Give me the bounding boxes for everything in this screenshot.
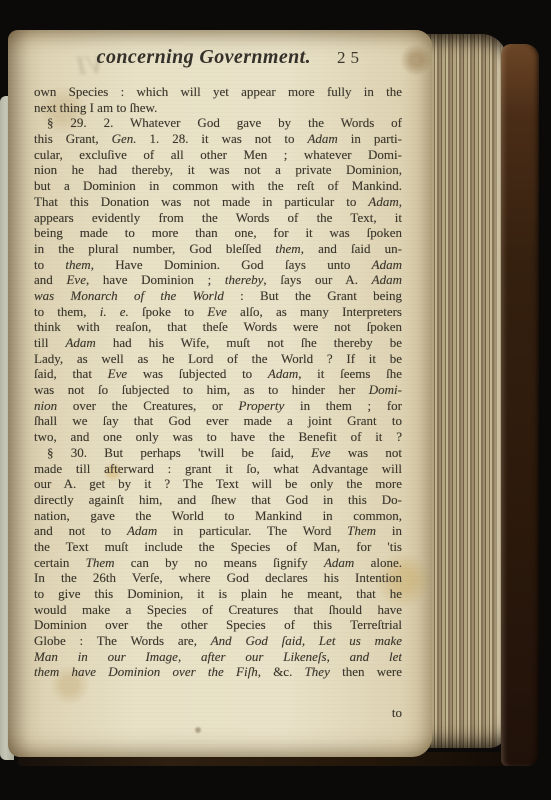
text-block: own Species : which will yet appear more… xyxy=(34,84,402,680)
text-line: made till afterward : grant it ſo, what … xyxy=(34,461,402,477)
text-line: this Grant, Gen. 1. 28. it was not to Ad… xyxy=(34,131,402,147)
text-line: being made to more than one, for it was … xyxy=(34,225,402,241)
text-line: to give this Dominion, it is plain he me… xyxy=(34,586,402,602)
running-title: concerning Government. xyxy=(97,46,311,69)
catchword: to xyxy=(34,705,402,721)
text-line: think with reaſon, that theſe Words were… xyxy=(34,319,402,335)
text-line: to them, i. e. ſpoke to Eve alſo, as man… xyxy=(34,304,402,320)
text-line: § 29. 2. Whatever God gave by the Words … xyxy=(34,115,402,131)
text-line: certain Them can by no means ſignify Ada… xyxy=(34,555,402,571)
text-line: the Text muſt include the Species of Man… xyxy=(34,539,402,555)
text-line: but a Dominion in common with the reſt o… xyxy=(34,178,402,194)
text-line: to them, Have Dominion. God ſays unto Ad… xyxy=(34,257,402,273)
text-line: ſaid, that Eve was ſubjected to Adam, it… xyxy=(34,366,402,382)
text-line: two, and one only was to have the Benefi… xyxy=(34,429,402,445)
text-line: § 30. But perhaps 'twill be ſaid, Eve wa… xyxy=(34,445,402,461)
text-line: nion over the Creatures, or Property in … xyxy=(34,398,402,414)
text-line: was not ſo ſubjected to him, as to hinde… xyxy=(34,382,402,398)
text-line: directly againſt him, and ſhew that God … xyxy=(34,492,402,508)
text-line: Dominion over the other Species of this … xyxy=(34,617,402,633)
text-line: nation, gave the World to Mankind in com… xyxy=(34,508,402,524)
text-line: That this Donation was not made in parti… xyxy=(34,194,402,210)
page-number: 25 xyxy=(337,48,364,68)
text-line: Man in our Image, after our Likeneſs, an… xyxy=(34,649,402,665)
book-cover-edge xyxy=(501,44,539,766)
text-line: Lady, as well as he Lord of the World ? … xyxy=(34,351,402,367)
text-line: till Adam had his Wife, muſt not ſhe the… xyxy=(34,335,402,351)
text-line: cular, excluſive of all other Men ; what… xyxy=(34,147,402,163)
text-line: them have Dominion over the Fiſh, &c. Th… xyxy=(34,664,402,680)
book-page: VI concerning Government. 25 own Species… xyxy=(8,30,432,757)
text-line: next thing I am to ſhew. xyxy=(34,100,402,116)
text-line: own Species : which will yet appear more… xyxy=(34,84,402,100)
text-line: our A. get by it ? The Text will be only… xyxy=(34,476,402,492)
text-line: and not to Adam in particular. The Word … xyxy=(34,523,402,539)
text-line: and Eve, have Dominion ; thereby, ſays o… xyxy=(34,272,402,288)
text-line: ſhall we ſay that God ever made a joint … xyxy=(34,413,402,429)
text-line: in the plural number, God bleſſed them, … xyxy=(34,241,402,257)
book-scan: VI concerning Government. 25 own Species… xyxy=(0,0,551,800)
text-line: Globe : The Words are, And God ſaid, Let… xyxy=(34,633,402,649)
text-line: would make a Species of Creatures that ſ… xyxy=(34,602,402,618)
text-line: was Monarch of the World : But the Grant… xyxy=(34,288,402,304)
running-head: concerning Government. 25 xyxy=(34,46,408,76)
text-line: nion he had thereby, it was not a privat… xyxy=(34,162,402,178)
text-line: appears evidently from the Words of the … xyxy=(34,210,402,226)
text-line: In the 26th Verſe, where God declares hi… xyxy=(34,570,402,586)
